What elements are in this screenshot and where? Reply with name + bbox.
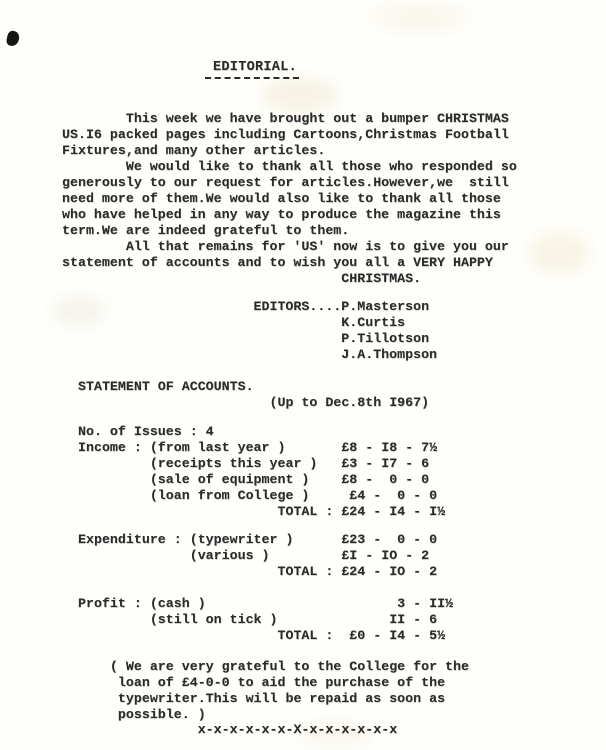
typed-line: This week we have brought out a bumper C… [62, 111, 517, 127]
typed-line: CHRISTMAS. [62, 271, 517, 287]
profit-section: Profit : (cash ) 3 - II½ (still on tick … [78, 596, 453, 644]
typed-line: P.Tillotson [62, 331, 437, 347]
page-title-text: EDITORIAL. [205, 60, 299, 79]
typed-line: (various ) £I - IO - 2 [78, 548, 437, 564]
paper-stain [372, 2, 467, 32]
typed-line: loan of £4-0-0 to aid the purchase of th… [78, 675, 469, 691]
typed-line: typewriter.This will be repaid as soon a… [78, 691, 469, 707]
editors-list: EDITORS....P.Masterson K.Curtis P.Tillot… [62, 299, 437, 363]
page-title: EDITORIAL. [205, 60, 299, 79]
typed-line: Income : (from last year ) £8 - I8 - 7½ [78, 440, 445, 456]
paper-stain [262, 78, 338, 112]
typed-line: term.We are indeed grateful to them. [62, 223, 517, 239]
typed-line: ( We are very grateful to the College fo… [78, 659, 469, 675]
footer-divider: x-x-x-x-x-x-X-x-x-x-x-x-x [78, 722, 397, 738]
statement-of-accounts-heading: STATEMENT OF ACCOUNTS. (Up to Dec.8th I9… [78, 379, 429, 411]
typed-line: EDITORS....P.Masterson [62, 299, 437, 315]
typed-line: statement of accounts and to wish you al… [62, 255, 517, 271]
typed-line: J.A.Thompson [62, 347, 437, 363]
typed-line: All that remains for 'US' now is to give… [62, 239, 517, 255]
paragraph-thanks: We would like to thank all those who res… [62, 159, 517, 239]
typed-line: possible. ) [78, 707, 469, 723]
typed-line: Expenditure : (typewriter ) £23 - 0 - 0 [78, 532, 437, 548]
typed-line: No. of Issues : 4 [78, 424, 445, 440]
typed-line: (still on tick ) II - 6 [78, 612, 453, 628]
scanned-editorial-page: EDITORIAL. This week we have brought out… [0, 0, 606, 750]
paragraph-closing: All that remains for 'US' now is to give… [62, 239, 517, 287]
typed-line: Fixtures,and many other articles. [62, 143, 517, 159]
typed-line: generously to our request for articles.H… [62, 175, 517, 191]
typed-line: TOTAL : £24 - IO - 2 [78, 564, 437, 580]
typed-line: TOTAL : £0 - I4 - 5½ [78, 628, 453, 644]
expenditure-section: Expenditure : (typewriter ) £23 - 0 - 0 … [78, 532, 437, 580]
income-section: No. of Issues : 4Income : (from last yea… [78, 424, 445, 520]
typed-line: (Up to Dec.8th I967) [78, 395, 429, 411]
typed-line: We would like to thank all those who res… [62, 159, 517, 175]
typed-line: who have helped in any way to produce th… [62, 207, 517, 223]
typed-line: US.I6 packed pages including Cartoons,Ch… [62, 127, 517, 143]
typed-line: need more of them.We would also like to … [62, 191, 517, 207]
typed-line: TOTAL : £24 - I4 - I½ [78, 504, 445, 520]
paper-stain [528, 232, 590, 274]
paragraph-intro: This week we have brought out a bumper C… [62, 111, 517, 159]
college-loan-note: ( We are very grateful to the College fo… [78, 659, 469, 723]
typed-line: K.Curtis [62, 315, 437, 331]
typed-line: x-x-x-x-x-x-X-x-x-x-x-x-x [78, 722, 397, 738]
ink-blot-mark [6, 30, 21, 47]
typed-line: (sale of equipment ) £8 - 0 - 0 [78, 472, 445, 488]
editorial-paragraphs: This week we have brought out a bumper C… [62, 111, 517, 287]
typed-line: Profit : (cash ) 3 - II½ [78, 596, 453, 612]
typed-line: (loan from College ) £4 - 0 - 0 [78, 488, 445, 504]
typed-line: STATEMENT OF ACCOUNTS. [78, 379, 429, 395]
typed-line: (receipts this year ) £3 - I7 - 6 [78, 456, 445, 472]
